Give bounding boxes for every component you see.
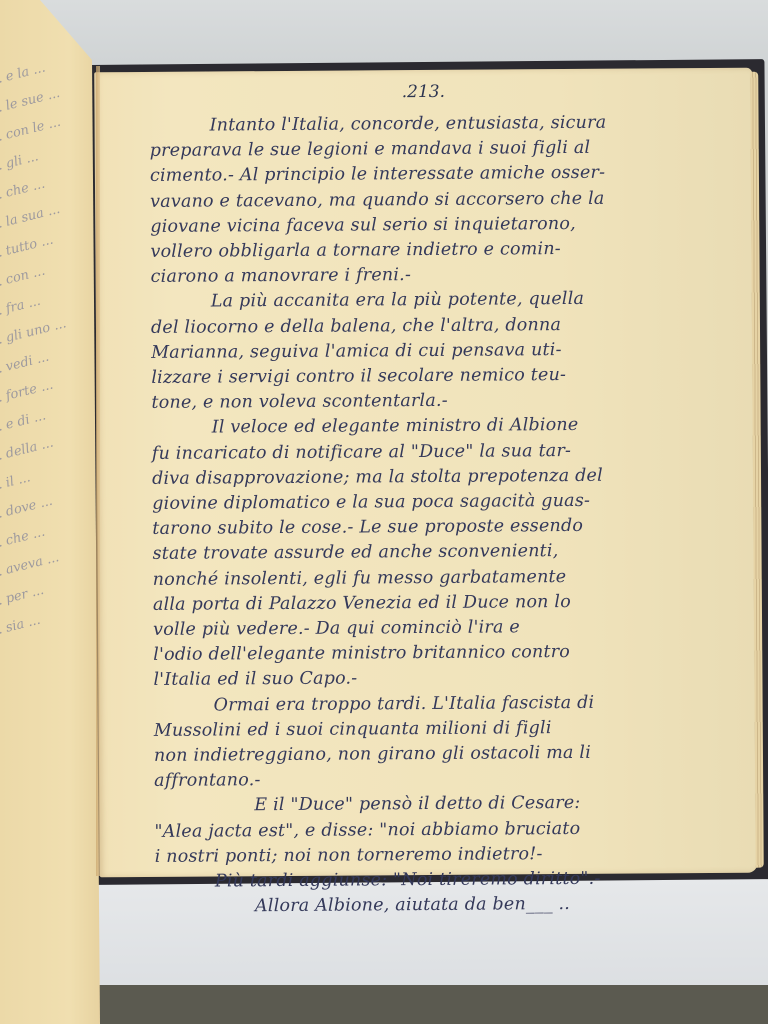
text-line: Allora Albione, aiutata da ben___ .. <box>155 891 745 920</box>
page-number: .213. <box>94 80 752 105</box>
table-surface <box>0 985 768 1024</box>
notebook-page-right: .213. Intanto l'Italia, concorde, entusi… <box>94 68 758 878</box>
handwritten-text: Intanto l'Italia, concorde, entusiasta, … <box>149 110 745 921</box>
left-page-line: ... sia ... <box>0 600 95 640</box>
notebook-page-left: ... e la ...... le sue ...... con le ...… <box>0 0 100 1024</box>
book-gutter <box>96 66 100 876</box>
left-page-text: ... e la ...... le sue ...... con le ...… <box>0 60 96 1020</box>
